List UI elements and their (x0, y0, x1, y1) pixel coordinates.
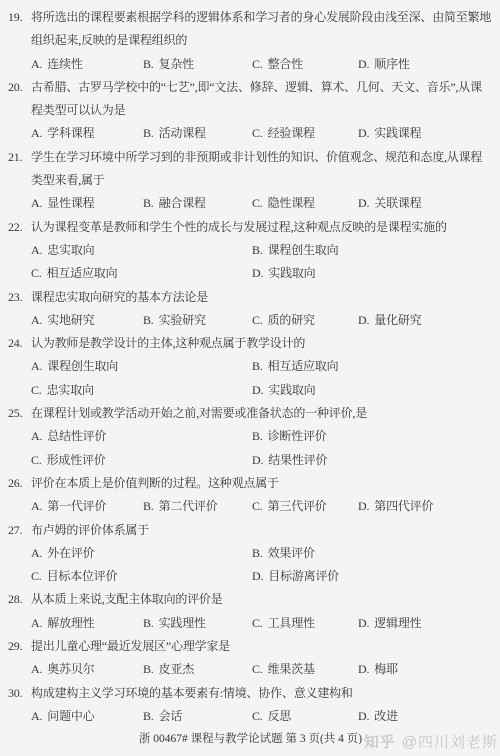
options-row: A.解放理性B.实践理性C.工具理性D.逻辑理性 (31, 612, 493, 635)
option-text: 实验研究 (159, 313, 206, 327)
option-text: 第四代评价 (374, 499, 433, 513)
option-text: 外在评价 (47, 546, 94, 560)
option-text: 结果性评价 (268, 453, 327, 467)
option-b: B.效果评价 (252, 542, 493, 565)
option-label: A. (31, 126, 42, 140)
option-b: B.会话 (143, 705, 252, 728)
question-number: 27. (8, 519, 31, 542)
option-text: 忠实取向 (47, 383, 94, 397)
watermark-logo: 知乎 (364, 734, 396, 751)
option-text: 实践取向 (268, 266, 315, 280)
question-stem: 26.评价在本质上是价值判断的过程。这种观点属于 (8, 472, 493, 495)
question-stem: 22.认为课程变革是教师和学生个性的成长与发展过程,这种观点反映的是课程实施的 (8, 216, 493, 239)
option-label: B. (143, 616, 154, 630)
question-number: 28. (8, 588, 31, 611)
question-stem: 24.认为教师是教学设计的主体,这种观点属于教学设计的 (8, 332, 493, 355)
option-text: 隐性课程 (268, 196, 315, 210)
watermark: 知乎@四川刘老斯 (364, 731, 498, 752)
option-text: 整合性 (268, 57, 303, 71)
options-row: A.问题中心B.会话C.反思D.改进 (31, 705, 493, 728)
option-label: C. (252, 196, 263, 210)
options-row: A.总结性评价B.诊断性评价C.形成性评价D.结果性评价 (31, 425, 493, 472)
option-d: D.梅耶 (358, 658, 493, 681)
option-b: B.诊断性评价 (252, 425, 493, 448)
option-c: C.反思 (252, 705, 358, 728)
option-text: 总结性评价 (47, 429, 106, 443)
option-c: C.维果茨基 (252, 658, 358, 681)
option-b: B.皮亚杰 (143, 658, 252, 681)
option-text: 问题中心 (47, 709, 94, 723)
option-label: C. (252, 57, 263, 71)
option-c: C.经验课程 (252, 122, 358, 145)
option-text: 形成性评价 (47, 453, 106, 467)
option-label: D. (252, 383, 263, 397)
option-a: A.总结性评价 (31, 425, 252, 448)
option-label: B. (143, 313, 154, 327)
option-label: D. (252, 266, 263, 280)
option-b: B.融合课程 (143, 192, 252, 215)
question-number: 30. (8, 682, 31, 705)
option-label: A. (31, 499, 42, 513)
option-label: A. (31, 546, 42, 560)
option-label: D. (358, 313, 369, 327)
question-item: 30.构成建构主义学习环境的基本要素有:情境、协作、意义建构和A.问题中心B.会… (8, 682, 493, 729)
option-label: B. (143, 709, 154, 723)
option-text: 课程创生取向 (268, 243, 339, 257)
option-text: 工具理性 (268, 616, 315, 630)
option-label: B. (252, 429, 263, 443)
option-text: 连续性 (47, 57, 82, 71)
options-row: A.学科课程B.活动课程C.经验课程D.实践课程 (31, 122, 493, 145)
option-label: A. (31, 709, 42, 723)
question-stem: 27.布卢姆的评价体系属于 (8, 519, 493, 542)
options-row: A.课程创生取向B.相互适应取向C.忠实取向D.实践取向 (31, 355, 493, 402)
option-c: C.目标本位评价 (31, 565, 252, 588)
option-label: A. (31, 662, 42, 676)
option-label: C. (31, 453, 42, 467)
question-stem: 29.提出儿童心理“最近发展区”心理学家是 (8, 635, 493, 658)
option-label: D. (358, 662, 369, 676)
option-text: 质的研究 (268, 313, 315, 327)
question-stem: 30.构成建构主义学习环境的基本要素有:情境、协作、意义建构和 (8, 682, 493, 705)
watermark-handle: @四川刘老斯 (402, 734, 498, 751)
option-b: B.相互适应取向 (252, 355, 493, 378)
option-text: 解放理性 (47, 616, 94, 630)
option-label: A. (31, 429, 42, 443)
option-label: D. (358, 616, 369, 630)
option-label: D. (358, 126, 369, 140)
option-b: B.实践理性 (143, 612, 252, 635)
question-text: 评价在本质上是价值判断的过程。这种观点属于 (31, 476, 279, 490)
question-number: 29. (8, 635, 31, 658)
option-a: A.外在评价 (31, 542, 252, 565)
option-c: C.工具理性 (252, 612, 358, 635)
option-label: C. (252, 499, 263, 513)
option-d: D.量化研究 (358, 309, 493, 332)
option-text: 维果茨基 (268, 662, 315, 676)
option-label: D. (252, 453, 263, 467)
option-b: B.课程创生取向 (252, 239, 493, 262)
option-text: 实践理性 (159, 616, 206, 630)
option-a: A.连续性 (31, 53, 143, 76)
question-item: 28.从本质上来说,支配主体取向的评价是A.解放理性B.实践理性C.工具理性D.… (8, 588, 493, 635)
option-a: A.课程创生取向 (31, 355, 252, 378)
exam-page: 19.将所选出的课程要素根据学科的逻辑体系和学习者的身心发展阶段由浅至深、由简至… (0, 0, 500, 756)
option-a: A.实地研究 (31, 309, 143, 332)
question-number: 19. (8, 6, 31, 29)
options-row: A.实地研究B.实验研究C.质的研究D.量化研究 (31, 309, 493, 332)
option-text: 实践取向 (268, 383, 315, 397)
question-item: 24.认为教师是教学设计的主体,这种观点属于教学设计的A.课程创生取向B.相互适… (8, 332, 493, 402)
question-text: 认为教师是教学设计的主体,这种观点属于教学设计的 (31, 336, 305, 350)
option-label: D. (358, 196, 369, 210)
option-label: A. (31, 57, 42, 71)
footer-text: 浙 00467# 课程与教学论试题 第 3 页(共 4 页) (139, 733, 362, 745)
question-number: 21. (8, 146, 31, 169)
question-number: 25. (8, 402, 31, 425)
option-label: D. (358, 57, 369, 71)
option-label: C. (252, 616, 263, 630)
option-d: D.结果性评价 (252, 449, 493, 472)
option-text: 会话 (159, 709, 183, 723)
option-label: C. (252, 126, 263, 140)
option-text: 目标游离评价 (268, 569, 339, 583)
option-label: B. (143, 126, 154, 140)
option-d: D.实践取向 (252, 262, 493, 285)
option-a: A.学科课程 (31, 122, 143, 145)
question-text: 学生在学习环境中所学习到的非预期或非计划性的知识、价值观念、规范和态度,从课程类… (31, 150, 482, 187)
option-text: 顺序性 (374, 57, 409, 71)
option-b: B.复杂性 (143, 53, 252, 76)
option-label: C. (252, 313, 263, 327)
option-text: 改进 (374, 709, 398, 723)
option-label: B. (143, 499, 154, 513)
question-item: 19.将所选出的课程要素根据学科的逻辑体系和学习者的身心发展阶段由浅至深、由简至… (8, 6, 493, 76)
option-label: A. (31, 313, 42, 327)
question-text: 从本质上来说,支配主体取向的评价是 (31, 592, 223, 606)
question-item: 23.课程忠实取向研究的基本方法论是A.实地研究B.实验研究C.质的研究D.量化… (8, 286, 493, 333)
option-d: D.关联课程 (358, 192, 493, 215)
option-c: C.形成性评价 (31, 449, 252, 472)
option-text: 相互适应取向 (268, 359, 339, 373)
option-label: A. (31, 616, 42, 630)
option-a: A.奥苏贝尔 (31, 658, 143, 681)
question-text: 提出儿童心理“最近发展区”心理学家是 (31, 639, 230, 653)
question-stem: 20.古希腊、古罗马学校中的“七艺”,即“文法、修辞、逻辑、算术、几何、天文、音… (8, 76, 493, 123)
question-number: 26. (8, 472, 31, 495)
question-stem: 28.从本质上来说,支配主体取向的评价是 (8, 588, 493, 611)
question-number: 24. (8, 332, 31, 355)
option-c: C.忠实取向 (31, 379, 252, 402)
option-label: B. (143, 662, 154, 676)
options-row: A.显性课程B.融合课程C.隐性课程D.关联课程 (31, 192, 493, 215)
option-text: 奥苏贝尔 (47, 662, 94, 676)
option-c: C.隐性课程 (252, 192, 358, 215)
option-label: A. (31, 196, 42, 210)
option-d: D.顺序性 (358, 53, 493, 76)
option-label: A. (31, 359, 42, 373)
question-list: 19.将所选出的课程要素根据学科的逻辑体系和学习者的身心发展阶段由浅至深、由简至… (8, 6, 493, 728)
option-c: C.相互适应取向 (31, 262, 252, 285)
option-text: 第一代评价 (47, 499, 106, 513)
option-a: A.解放理性 (31, 612, 143, 635)
option-text: 活动课程 (159, 126, 206, 140)
option-text: 实践课程 (374, 126, 421, 140)
option-label: D. (358, 709, 369, 723)
option-text: 学科课程 (47, 126, 94, 140)
option-text: 反思 (268, 709, 292, 723)
option-a: A.第一代评价 (31, 495, 143, 518)
option-d: D.目标游离评价 (252, 565, 493, 588)
question-item: 20.古希腊、古罗马学校中的“七艺”,即“文法、修辞、逻辑、算术、几何、天文、音… (8, 76, 493, 146)
option-label: C. (31, 569, 42, 583)
question-text: 在课程计划或教学活动开始之前,对需要或准备状态的一种评价,是 (31, 406, 367, 420)
question-item: 29.提出儿童心理“最近发展区”心理学家是A.奥苏贝尔B.皮亚杰C.维果茨基D.… (8, 635, 493, 682)
question-stem: 21.学生在学习环境中所学习到的非预期或非计划性的知识、价值观念、规范和态度,从… (8, 146, 493, 193)
question-item: 21.学生在学习环境中所学习到的非预期或非计划性的知识、价值观念、规范和态度,从… (8, 146, 493, 216)
question-text: 构成建构主义学习环境的基本要素有:情境、协作、意义建构和 (31, 686, 353, 700)
option-label: B. (252, 546, 263, 560)
option-text: 经验课程 (268, 126, 315, 140)
option-b: B.第二代评价 (143, 495, 252, 518)
option-label: B. (252, 359, 263, 373)
options-row: A.奥苏贝尔B.皮亚杰C.维果茨基D.梅耶 (31, 658, 493, 681)
option-text: 逻辑理性 (374, 616, 421, 630)
option-text: 相互适应取向 (47, 266, 118, 280)
option-d: D.实践取向 (252, 379, 493, 402)
options-row: A.连续性B.复杂性C.整合性D.顺序性 (31, 53, 493, 76)
option-text: 显性课程 (47, 196, 94, 210)
question-stem: 19.将所选出的课程要素根据学科的逻辑体系和学习者的身心发展阶段由浅至深、由简至… (8, 6, 493, 53)
option-d: D.实践课程 (358, 122, 493, 145)
option-b: B.活动课程 (143, 122, 252, 145)
option-d: D.第四代评价 (358, 495, 493, 518)
option-label: B. (143, 196, 154, 210)
option-text: 梅耶 (374, 662, 398, 676)
option-c: C.整合性 (252, 53, 358, 76)
option-text: 忠实取向 (47, 243, 94, 257)
option-a: A.问题中心 (31, 705, 143, 728)
option-label: B. (143, 57, 154, 71)
question-stem: 25.在课程计划或教学活动开始之前,对需要或准备状态的一种评价,是 (8, 402, 493, 425)
option-label: D. (252, 569, 263, 583)
question-item: 25.在课程计划或教学活动开始之前,对需要或准备状态的一种评价,是A.总结性评价… (8, 402, 493, 472)
option-label: C. (31, 383, 42, 397)
question-item: 26.评价在本质上是价值判断的过程。这种观点属于A.第一代评价B.第二代评价C.… (8, 472, 493, 519)
option-text: 第三代评价 (268, 499, 327, 513)
option-text: 量化研究 (374, 313, 421, 327)
option-label: C. (252, 709, 263, 723)
options-row: A.忠实取向B.课程创生取向C.相互适应取向D.实践取向 (31, 239, 493, 286)
question-item: 22.认为课程变革是教师和学生个性的成长与发展过程,这种观点反映的是课程实施的A… (8, 216, 493, 286)
question-text: 课程忠实取向研究的基本方法论是 (31, 290, 208, 304)
options-row: A.第一代评价B.第二代评价C.第三代评价D.第四代评价 (31, 495, 493, 518)
option-b: B.实验研究 (143, 309, 252, 332)
option-text: 诊断性评价 (268, 429, 327, 443)
option-text: 第二代评价 (159, 499, 218, 513)
question-text: 认为课程变革是教师和学生个性的成长与发展过程,这种观点反映的是课程实施的 (31, 220, 447, 234)
question-text: 布卢姆的评价体系属于 (31, 523, 149, 537)
option-text: 效果评价 (268, 546, 315, 560)
option-d: D.逻辑理性 (358, 612, 493, 635)
option-text: 实地研究 (47, 313, 94, 327)
option-text: 融合课程 (159, 196, 206, 210)
question-text: 将所选出的课程要素根据学科的逻辑体系和学习者的身心发展阶段由浅至深、由简至繁地组… (31, 10, 491, 47)
option-label: A. (31, 243, 42, 257)
question-number: 20. (8, 76, 31, 99)
option-label: D. (358, 499, 369, 513)
option-c: C.第三代评价 (252, 495, 358, 518)
options-row: A.外在评价B.效果评价C.目标本位评价D.目标游离评价 (31, 542, 493, 589)
question-stem: 23.课程忠实取向研究的基本方法论是 (8, 286, 493, 309)
option-text: 目标本位评价 (47, 569, 118, 583)
option-text: 复杂性 (159, 57, 194, 71)
question-item: 27.布卢姆的评价体系属于A.外在评价B.效果评价C.目标本位评价D.目标游离评… (8, 519, 493, 589)
option-a: A.忠实取向 (31, 239, 252, 262)
option-text: 课程创生取向 (47, 359, 118, 373)
option-d: D.改进 (358, 705, 493, 728)
option-label: B. (252, 243, 263, 257)
question-number: 22. (8, 216, 31, 239)
option-text: 皮亚杰 (159, 662, 194, 676)
option-c: C.质的研究 (252, 309, 358, 332)
question-number: 23. (8, 286, 31, 309)
option-label: C. (31, 266, 42, 280)
option-label: C. (252, 662, 263, 676)
option-text: 关联课程 (374, 196, 421, 210)
option-a: A.显性课程 (31, 192, 143, 215)
question-text: 古希腊、古罗马学校中的“七艺”,即“文法、修辞、逻辑、算术、几何、天文、音乐”,… (31, 80, 482, 117)
